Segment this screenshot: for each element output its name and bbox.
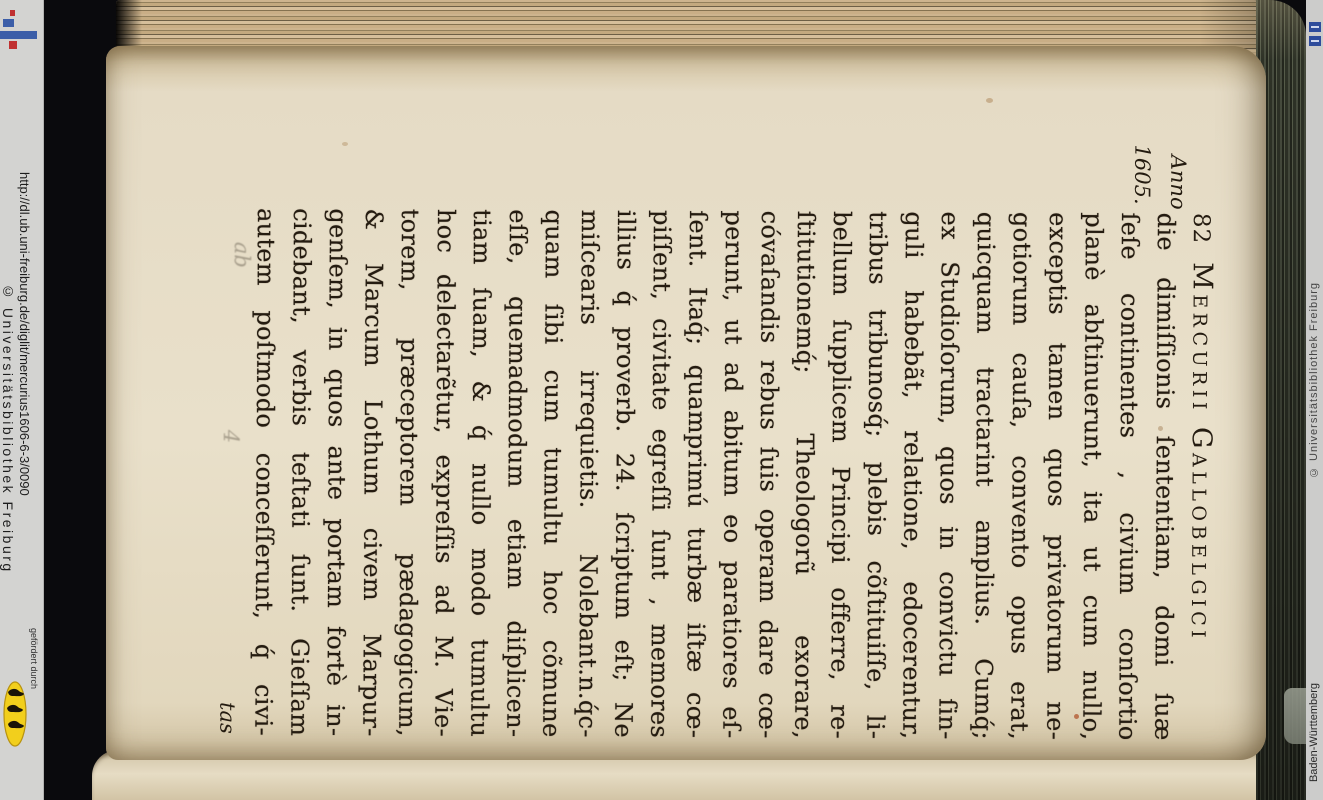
ink-bleed-ghost: 4 (219, 430, 243, 444)
ub-freiburg-logo-icon (0, 31, 37, 39)
funding-label: gefördert durch (29, 628, 39, 689)
running-title: Mercurii Gallobelgici (1182, 262, 1220, 642)
page-edge-highlight (1284, 688, 1306, 744)
ub-logo-fragment-icon (1309, 22, 1321, 32)
ub-freiburg-logo-icon (10, 10, 15, 16)
page-text-block: 82 Mercurii Gallobelgici Anno 1605. die … (205, 208, 1220, 741)
text-line: genſem, in quos ante portam fortè in- (317, 208, 356, 736)
margin-note-year: 1605. (1130, 145, 1154, 205)
scanned-book-photo: 82 Mercurii Gallobelgici Anno 1605. die … (0, 0, 1323, 800)
text-line: tribus tribunosq́; plebis cõſtituiſſe, l… (857, 211, 896, 739)
copyright-notice: © Universitätsbibliothek Freiburg (0, 283, 16, 574)
text-line: piſſent, civitate egreſſi ſunt , memores (641, 210, 680, 738)
text-line: torem, præceptorem pædagogicum, (389, 209, 428, 737)
text-line: autem poſtmodo conceſſerunt, q́ civi- (245, 208, 284, 736)
ub-freiburg-logo-icon (9, 41, 17, 49)
text-line: ſent. Itaq́; quamprimú turbæ iſtæ cœ- (677, 210, 716, 738)
text-line: exceptis tamen quos privatorum ne- (1037, 212, 1076, 740)
text-line: guli habebãt, relatione, edocerentur, (893, 211, 932, 739)
text-line: gotiorum cauſa, convento opus erat, (1001, 212, 1040, 740)
region-label: Baden-Württemberg (1308, 683, 1320, 782)
text-line: eſſe, quemadmodum etiam diſplicen- (497, 209, 536, 737)
text-line: ex Studioſorum, quos in convictu ſin- (929, 211, 968, 739)
text-line: quicquam tractarint amplius. Cumq́; (965, 212, 1004, 740)
metadata-strip-left: http://dl.ub.uni-freiburg.de/diglit/merc… (0, 0, 44, 800)
text-line: bellum ſupplicem Principi offerre, re- (821, 211, 860, 739)
text-line: & Marcum Lothum civem Marpur- (353, 208, 392, 736)
text-line: ſeſe continentes , civium conſortio (1109, 212, 1148, 740)
catchword: tas (209, 208, 248, 736)
baden-wuerttemberg-coat-of-arms-icon (3, 680, 27, 748)
text-line: perunt, ut ad abitum eo paratiores eſ- (713, 210, 752, 738)
foxing-spot (986, 98, 993, 103)
text-line: miſcearis irrequietis. Nolebant.n.q́c- (569, 210, 608, 738)
metadata-strip-right: © Universitätsbibliothek Freiburg Baden-… (1306, 0, 1323, 800)
text-line: hoc delectarẽtur, expreſſis ad M. Vie- (425, 209, 464, 737)
ink-bleed-ghost: ab (230, 242, 254, 268)
text-line: cidebant, verbis teſtati ſunt. Gieſſam (281, 208, 320, 736)
text-line: ſtitutionemq́; Theologorũ exorare, (785, 211, 824, 739)
source-url: http://dl.ub.uni-freiburg.de/diglit/merc… (17, 172, 32, 496)
running-header: 82 Mercurii Gallobelgici (1181, 213, 1220, 741)
page-number: 82 (1183, 213, 1219, 244)
copyright-notice: © Universitätsbibliothek Freiburg (1308, 282, 1320, 478)
text-line: planè abſtinuerunt, ita ut cum nullo, (1073, 212, 1112, 740)
text-line: quam ſibi cum tumultu hoc cõmune (533, 209, 572, 737)
text-line: illius q́ proverb. 24. ſcriptum eſt; Ne (605, 210, 644, 738)
margin-note-anno: Anno (1166, 155, 1190, 210)
foxing-spot (342, 142, 348, 146)
text-line: die dimiſſionis ſententiam, domi ſuæ (1145, 213, 1184, 741)
text-line: tiam ſuam, & q́ nullo modo tumultu (461, 209, 500, 737)
text-line: cóvaſandis rebus ſuis operam dare cœ- (749, 211, 788, 739)
ub-freiburg-logo-icon (3, 19, 14, 27)
ub-logo-fragment-icon (1309, 36, 1321, 46)
